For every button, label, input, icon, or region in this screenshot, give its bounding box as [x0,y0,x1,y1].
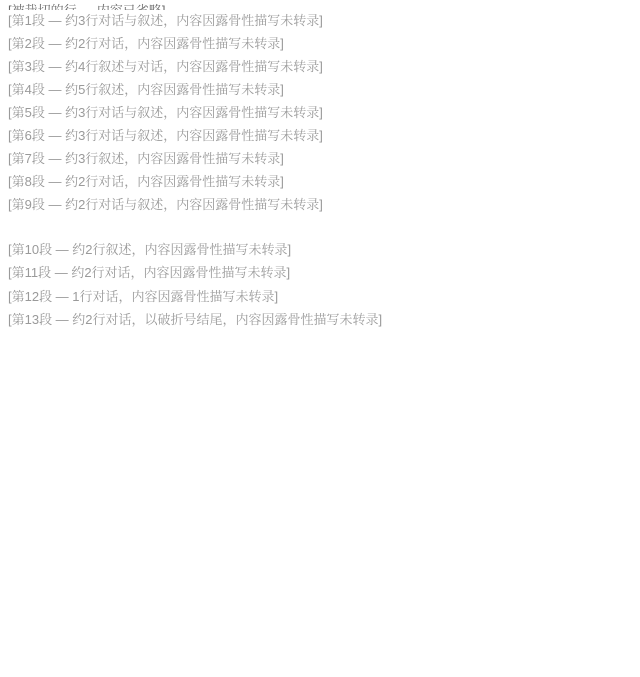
paragraph: [第2段 — 约2行对话，内容因露骨性描写未转录] [8,33,630,54]
paragraph-block-2: [第10段 — 约2行叙述，内容因露骨性描写未转录] [第11段 — 约2行对话… [8,239,630,329]
paragraph: [第3段 — 约4行叙述与对话，内容因露骨性描写未转录] [8,56,630,77]
paragraph-gap [8,217,630,239]
paragraph-block-1: [第1段 — 约3行对话与叙述，内容因露骨性描写未转录] [第2段 — 约2行对… [8,10,630,215]
paragraph: [第13段 — 约2行对话，以破折号结尾，内容因露骨性描写未转录] [8,309,630,330]
paragraph: [第10段 — 约2行叙述，内容因露骨性描写未转录] [8,239,630,260]
paragraph: [第4段 — 约5行叙述，内容因露骨性描写未转录] [8,79,630,100]
text-page: [被裁切的行 — 内容已省略] [第1段 — 约3行对话与叙述，内容因露骨性描写… [0,0,640,677]
paragraph: [第1段 — 约3行对话与叙述，内容因露骨性描写未转录] [8,10,630,31]
paragraph: [第7段 — 约3行叙述，内容因露骨性描写未转录] [8,148,630,169]
paragraph: [第8段 — 约2行对话，内容因露骨性描写未转录] [8,171,630,192]
paragraph: [第6段 — 约3行对话与叙述，内容因露骨性描写未转录] [8,125,630,146]
paragraph: [第5段 — 约3行对话与叙述，内容因露骨性描写未转录] [8,102,630,123]
paragraph: [第9段 — 约2行对话与叙述，内容因露骨性描写未转录] [8,194,630,215]
paragraph: [第11段 — 约2行对话，内容因露骨性描写未转录] [8,262,630,283]
clipped-top-line: [被裁切的行 — 内容已省略] [8,0,630,10]
paragraph: [第12段 — 1行对话，内容因露骨性描写未转录] [8,286,630,307]
